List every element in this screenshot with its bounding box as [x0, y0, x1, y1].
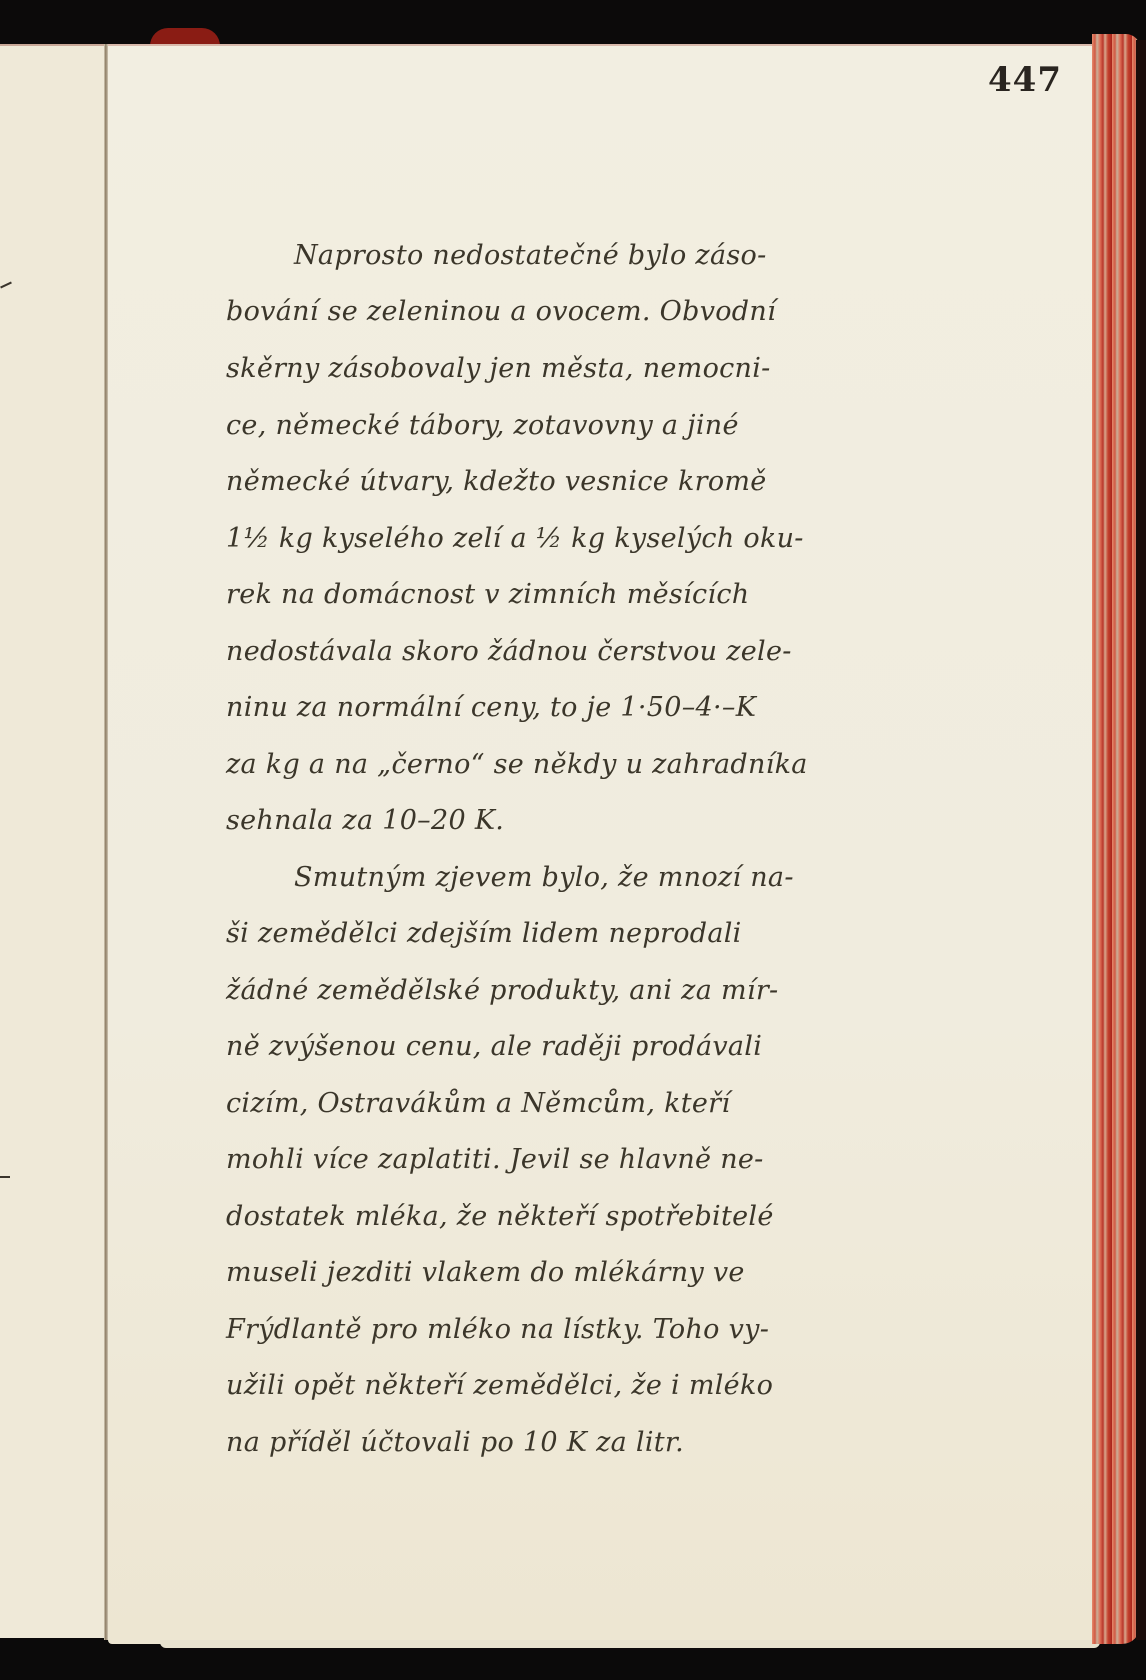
text-line: užili opět někteří zemědělci, že i mléko: [226, 1370, 773, 1401]
left-page: [0, 44, 106, 1638]
text-line: ně zvýšenou cenu, ale raději prodávali: [226, 1031, 762, 1062]
text-line: nedostávala skoro žádnou čerstvou zele-: [226, 636, 792, 667]
text-line: 1½ kg kyselého zelí a ½ kg kyselých oku-: [226, 523, 804, 554]
text-line: rek na domácnost v zimních měsících: [226, 579, 749, 610]
text-line: museli jezditi vlakem do mlékárny ve: [226, 1257, 745, 1288]
text-line: sehnala za 10–20 K.: [226, 805, 504, 836]
text-line: Frýdlantě pro mléko na lístky. Toho vy-: [226, 1314, 769, 1345]
text-line: skěrny zásobovaly jen města, nemocni-: [226, 353, 771, 384]
book-spine-shadow: [1136, 40, 1146, 1640]
text-line: za kg a na „černo“ se někdy u zahradníka: [226, 749, 808, 780]
page-bottom-edge: [160, 1640, 1100, 1648]
text-line: cizím, Ostravákům a Němcům, kteří: [226, 1088, 730, 1119]
text-line: bování se zeleninou a ovocem. Obvodní: [226, 296, 776, 327]
left-page-mark: [0, 1176, 10, 1178]
text-line: ninu za normální ceny, to je 1·50–4·–K: [226, 692, 756, 723]
text-line: Naprosto nedostatečné bylo záso-: [294, 240, 767, 271]
book-red-page-edges: [1092, 34, 1140, 1644]
right-page: [108, 44, 1092, 1644]
text-line: Smutným zjevem bylo, že mnozí na-: [294, 862, 794, 893]
text-line: německé útvary, kdežto vesnice kromě: [226, 466, 767, 497]
left-page-mark: [0, 282, 12, 289]
text-line: žádné zemědělské produkty, ani za mír-: [226, 975, 778, 1006]
text-line: ši zemědělci zdejším lidem neprodali: [226, 918, 742, 949]
text-line: dostatek mléka, že někteří spotřebitelé: [226, 1201, 774, 1232]
text-line: ce, německé tábory, zotavovny a jiné: [226, 410, 739, 441]
page-number: 447: [988, 60, 1062, 100]
text-line: na příděl účtovali po 10 K za litr.: [226, 1427, 684, 1458]
text-line: mohli více zaplatiti. Jevil se hlavně ne…: [226, 1144, 764, 1175]
